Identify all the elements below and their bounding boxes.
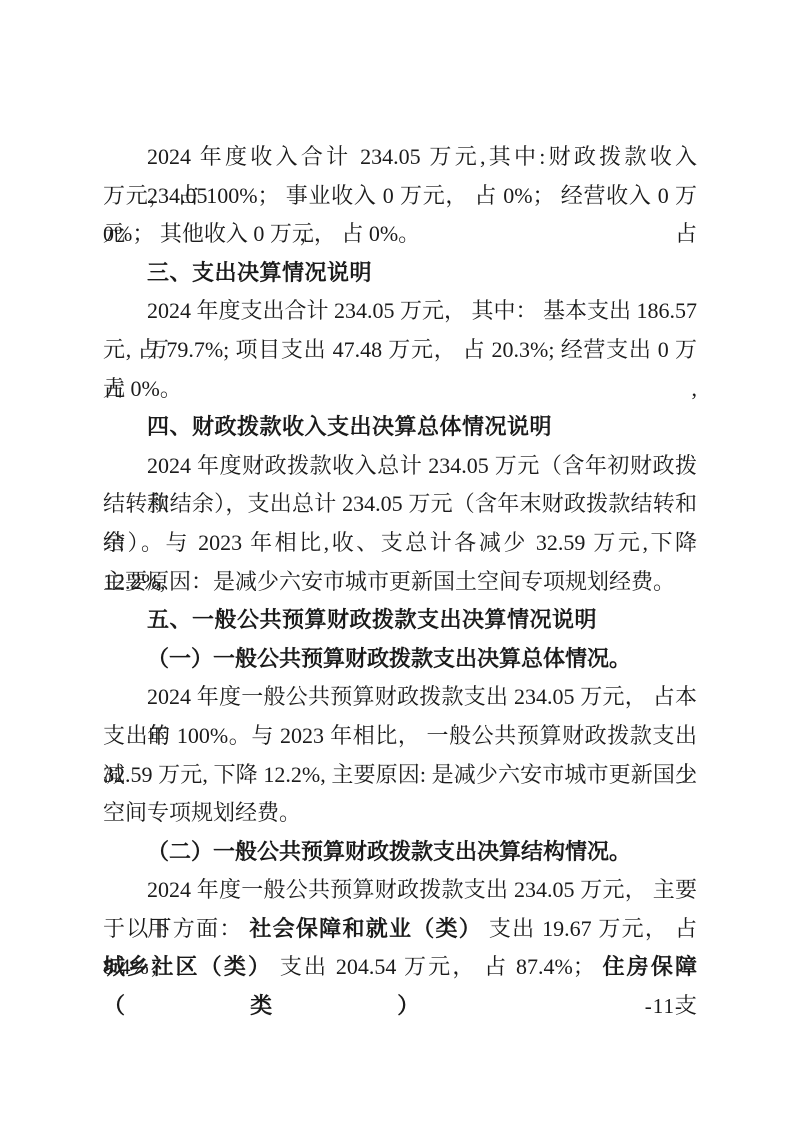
income-paragraph-line: 万元， 占 100%； 事业收入 0 万元， 占 0%； 经营收入 0 万元， … [103,177,697,216]
expense-paragraph-line: 2024 年度支出合计 234.05 万元， 其中： 基本支出 186.57 万 [103,292,697,331]
section-heading-expense: 三、支出决算情况说明 [103,254,697,293]
general-budget-overall-line: 空间专项规划经费。 [103,794,697,833]
expense-paragraph-line: 元, 占 79.7%; 项目支出 47.48 万元， 占 20.3%; 经营支出… [103,331,697,370]
category-urban-rural-community-label: 城乡社区（类） [103,954,272,979]
income-paragraph-line: 2024 年度收入合计 234.05 万元,其中:财政拨款收入 234.05 [103,138,697,177]
category-social-security-label: 社会保障和就业（类） [249,916,482,941]
fiscal-total-paragraph-line: 2024 年度财政拨款收入总计 234.05 万元（含年初财政拨款 [103,447,697,486]
fiscal-total-paragraph-line: 主要原因：是减少六安市城市更新国土空间专项规划经费。 [103,563,697,602]
structure-text-segment: 于以下方面： [103,916,249,941]
general-budget-overall-line: 32.59 万元, 下降 12.2%, 主要原因: 是减少六安市城市更新国土 [103,756,697,795]
structure-text-segment: 支出 204.54 万元， 占 87.4%； [272,954,602,979]
section-heading-fiscal-total: 四、财政拨款收入支出决算总体情况说明 [103,408,697,447]
subsection-heading-overall: （一）一般公共预算财政拨款支出决算总体情况。 [103,640,697,679]
general-budget-overall-line: 2024 年度一般公共预算财政拨款支出 234.05 万元， 占本年 [103,678,697,717]
subsection-heading-structure: （二）一般公共预算财政拨款支出决算结构情况。 [103,833,697,872]
fiscal-total-paragraph-line: 结转和结余），支出总计 234.05 万元（含年末财政拨款结转和结 [103,485,697,524]
general-budget-structure-line: 于以下方面： 社会保障和就业（类） 支出 19.67 万元， 占 8.4%； [103,910,697,949]
document-page: { "page": { "background": "#ffffff", "te… [0,0,793,1122]
general-budget-overall-line: 支出的 100%。与 2023 年相比， 一般公共预算财政拨款支出减少 [103,717,697,756]
general-budget-structure-line: 城乡社区（类） 支出 204.54 万元， 占 87.4%； 住房保障（类） 支 [103,948,697,987]
document-body: 2024 年度收入合计 234.05 万元,其中:财政拨款收入 234.05 万… [103,138,697,1026]
general-budget-structure-line: 2024 年度一般公共预算财政拨款支出 234.05 万元， 主要用 [103,871,697,910]
fiscal-total-paragraph-line: 余）。与 2023 年相比,收、支总计各减少 32.59 万元,下降 12.2%… [103,524,697,563]
section-heading-general-budget: 五、一般公共预算财政拨款支出决算情况说明 [103,601,697,640]
